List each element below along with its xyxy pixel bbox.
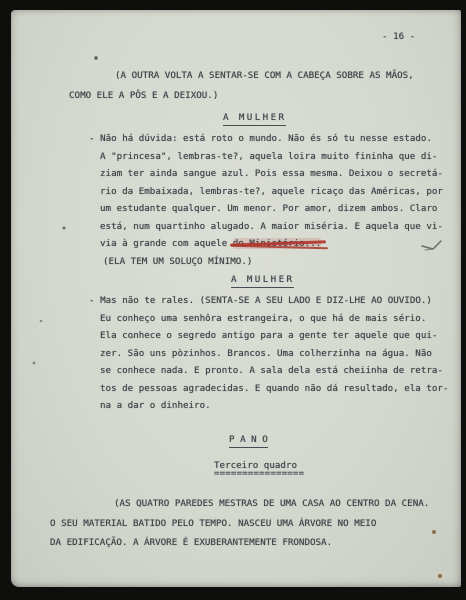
- typescript-page: - 16 - (A OUTRA VOLTA A SENTAR-SE COM A …: [11, 10, 461, 587]
- text-line: zer. São uns pòzinhos. Brancos. Uma colh…: [89, 345, 448, 363]
- pencil-check-mark-icon: [421, 239, 443, 254]
- speech-a-mulher-1: - Não há dúvida: está roto o mundo. Não …: [89, 130, 443, 235]
- speaker-heading-a-mulher-2: A MULHER: [231, 274, 294, 288]
- text-line: A "princesa", lembras-te?, aquela loira …: [89, 148, 443, 166]
- text-line: Ela conhece o segredo antigo para a gent…: [89, 327, 448, 345]
- struck-text-red-pencil: do Ministério...: [233, 238, 322, 249]
- page-number: - 16 -: [382, 31, 415, 42]
- curtain-label-pano: P A N O: [229, 434, 268, 448]
- scanned-typescript-photo: { "page": { "number": "- 16 -", "paper_c…: [0, 0, 466, 600]
- text-line: rio da Embaixada, lembras-te?, aquele ri…: [89, 183, 443, 201]
- text-line: tos de pessoas agradecidas. E quando não…: [89, 380, 448, 398]
- text-line: - Não há dúvida: está roto o mundo. Não …: [89, 130, 443, 148]
- text-line: DA EDIFICAÇÃO. A ÁRVORE É EXUBERANTEMENT…: [50, 533, 429, 553]
- text-line: O SEU MATERIAL BATIDO PELO TEMPO. NASCEU…: [50, 514, 429, 534]
- text-line: (AS QUATRO PAREDES MESTRAS DE UMA CASA A…: [50, 494, 429, 514]
- text-line: está, num quartinho alugado. A maior mis…: [89, 218, 443, 236]
- speaker-heading-a-mulher-1: A MULHER: [223, 112, 286, 126]
- speech-a-mulher-2: - Mas não te rales. (SENTA-SE A SEU LADO…: [89, 292, 448, 415]
- text-line: Eu conheço uma senhôra estrangeira, o qu…: [89, 310, 448, 328]
- speech-line-prefix: via à grande com aquele: [100, 238, 233, 249]
- text-line: - Mas não te rales. (SENTA-SE A SEU LADO…: [89, 292, 448, 310]
- text-line: (A OUTRA VOLTA A SENTAR-SE COM A CABEÇA …: [69, 66, 414, 86]
- text-line: COMO ELE A PÔS E A DEIXOU.): [69, 86, 414, 106]
- stage-direction-opening: (A OUTRA VOLTA A SENTAR-SE COM A CABEÇA …: [69, 66, 414, 106]
- stage-direction-sob: (ELA TEM UM SOLUÇO MÍNIMO.): [103, 256, 252, 267]
- speech-line-with-strikethrough: via à grande com aquele do Ministério...: [100, 235, 321, 253]
- text-line: ziam ter ainda sangue azul. Pois essa me…: [89, 165, 443, 183]
- paper-specks: [11, 10, 13, 12]
- text-line: na a dar o dinheiro.: [89, 397, 448, 415]
- text-line: um estudante qualquer. Um menor. Por amo…: [89, 200, 443, 218]
- stage-direction-third-scene: (AS QUATRO PAREDES MESTRAS DE UMA CASA A…: [50, 494, 429, 553]
- text-line: se conhece nada. E pronto. A sala dela e…: [89, 362, 448, 380]
- scene-heading-underline: ================: [214, 471, 304, 477]
